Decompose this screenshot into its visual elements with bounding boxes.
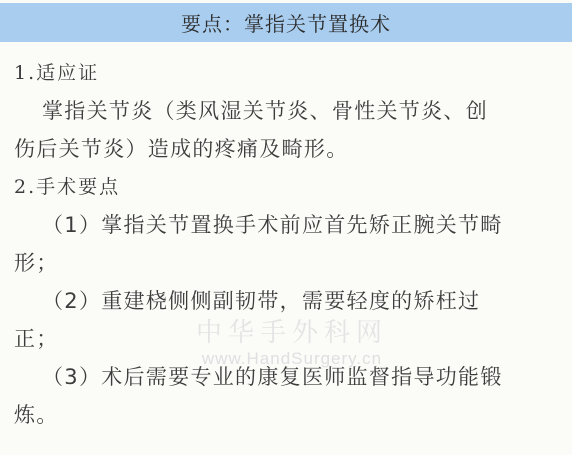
surgical-point-2-line-2: 正；	[14, 320, 562, 358]
banner-title: 要点：掌指关节置换术	[181, 8, 391, 37]
indications-text-line-1: 掌指关节炎（类风湿关节炎、骨性关节炎、创	[14, 92, 562, 130]
section-heading-indications: 1.适应证	[14, 54, 562, 92]
section-banner: 要点：掌指关节置换术	[0, 3, 572, 42]
surgical-point-1-line-1: （1）掌指关节置换手术前应首先矫正腕关节畸	[14, 206, 562, 244]
indications-text-line-2: 伤后关节炎）造成的疼痛及畸形。	[14, 130, 562, 168]
document-body: 1.适应证 掌指关节炎（类风湿关节炎、骨性关节炎、创 伤后关节炎）造成的疼痛及畸…	[14, 54, 562, 434]
section-heading-surgical-points: 2.手术要点	[14, 168, 562, 206]
surgical-point-3-line-2: 炼。	[14, 396, 562, 434]
surgical-point-2-line-1: （2）重建桡侧侧副韧带，需要轻度的矫枉过	[14, 282, 562, 320]
surgical-point-1-line-2: 形；	[14, 244, 562, 282]
surgical-point-3-line-1: （3）术后需要专业的康复医师监督指导功能锻	[14, 358, 562, 396]
